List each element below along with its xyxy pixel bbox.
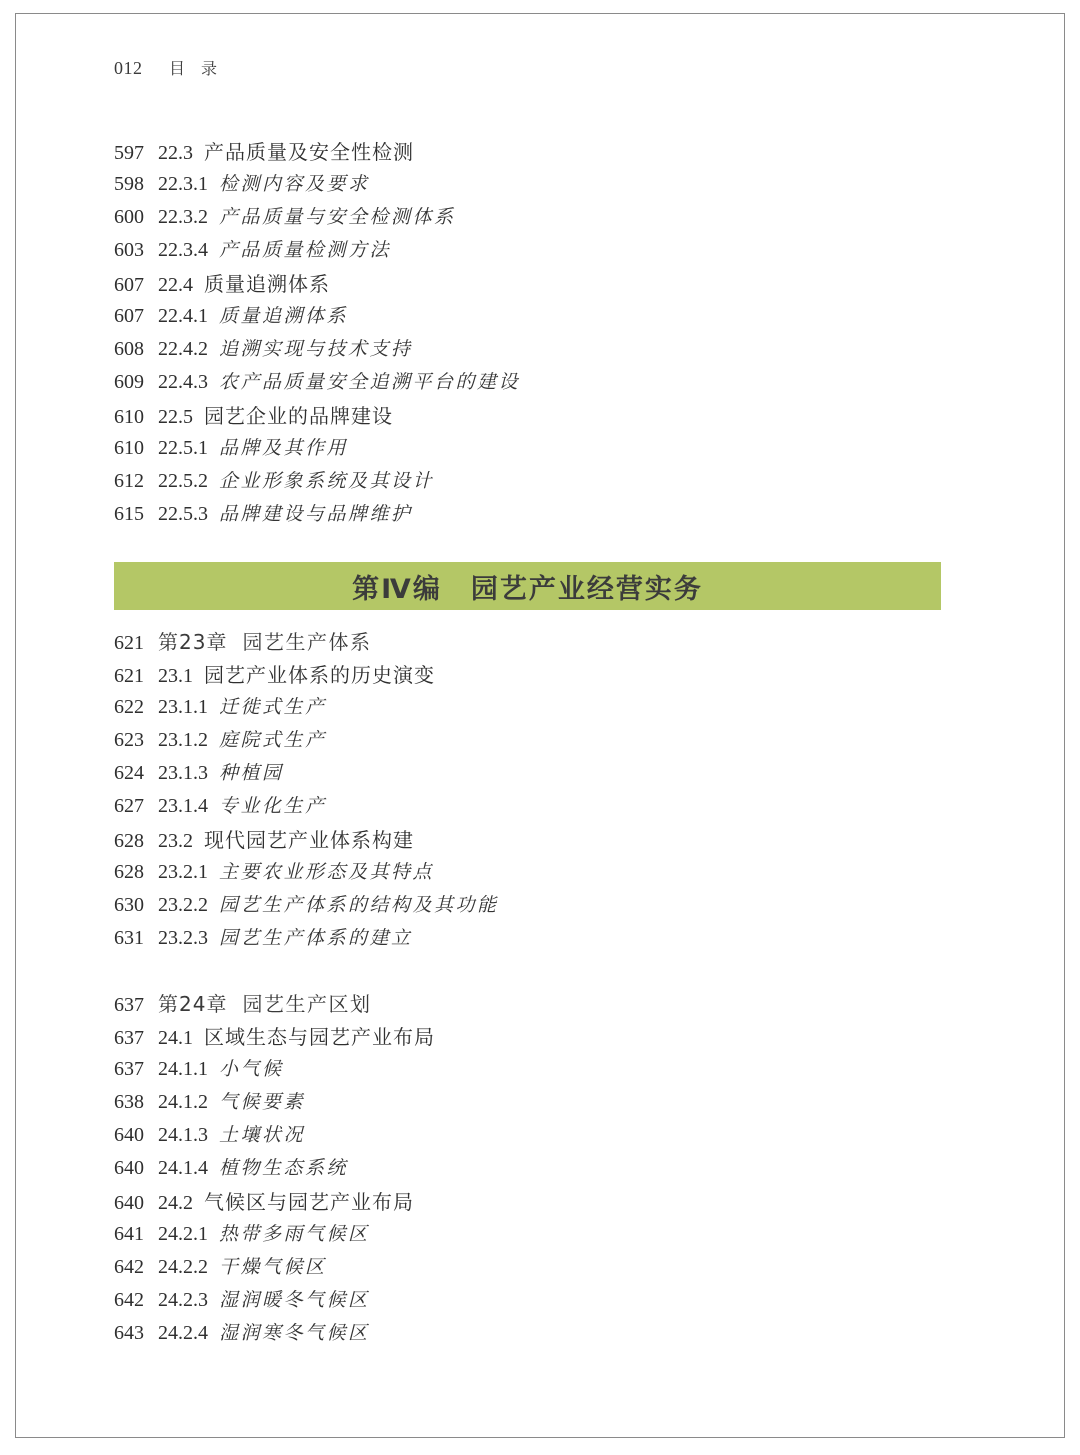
toc-entry-page-number: 640 — [114, 1157, 158, 1180]
toc-entry-page-number: 597 — [114, 142, 158, 165]
toc-entry-page-number: 610 — [114, 437, 158, 460]
toc-entry-section-number: 23.1.3 — [158, 762, 208, 785]
toc-entry-page-number: 615 — [114, 503, 158, 526]
toc-entry-section-number: 23.1.4 — [158, 795, 208, 818]
toc-entry-title: 质量追溯体系 — [204, 268, 330, 297]
toc-entry: 64224.2.3湿润暖冬气候区 — [114, 1285, 954, 1318]
toc-entry-section-number: 24.1.4 — [158, 1157, 208, 1180]
toc-entry-title: 园艺企业的品牌建设 — [204, 400, 393, 429]
toc-entry-page-number: 609 — [114, 371, 158, 394]
toc-entry-section-number: 24.1.3 — [158, 1124, 208, 1147]
toc-entry: 61522.5.3品牌建设与品牌维护 — [114, 499, 954, 532]
toc-entry: 62223.1.1迁徙式生产 — [114, 692, 954, 725]
part-banner: 第Ⅳ编 园艺产业经营实务 — [114, 562, 941, 610]
toc-entry-section-number: 22.4 — [158, 274, 193, 297]
header-title: 目 录 — [169, 56, 223, 79]
toc-entry-page-number: 637 — [114, 1058, 158, 1081]
toc-entry-title: 气候区与园艺产业布局 — [204, 1186, 414, 1215]
toc-entry: 60322.3.4产品质量检测方法 — [114, 235, 954, 268]
toc-entry-page-number: 623 — [114, 729, 158, 752]
toc-entry-title: 追溯实现与技术支持 — [219, 334, 413, 361]
toc-entry-title: 庭院式生产 — [219, 725, 327, 752]
toc-entry-page-number: 598 — [114, 173, 158, 196]
toc-entry-page-number: 638 — [114, 1091, 158, 1114]
toc-entry: 60822.4.2追溯实现与技术支持 — [114, 334, 954, 367]
toc-entry-title: 园艺生产体系 — [242, 626, 371, 655]
toc-entry-section-number: 24.2.3 — [158, 1289, 208, 1312]
toc-entry-section-number: 24.2.2 — [158, 1256, 208, 1279]
toc-entry-section-number: 22.5.1 — [158, 437, 208, 460]
toc-entry: 59722.3产品质量及安全性检测 — [114, 136, 954, 169]
toc-entry-section-number: 22.3.2 — [158, 206, 208, 229]
toc-entry-title: 湿润寒冬气候区 — [219, 1318, 370, 1345]
toc-entry-page-number: 630 — [114, 894, 158, 917]
toc-entry: 62823.2.1主要农业形态及其特点 — [114, 857, 954, 890]
toc-entry: 64024.1.4植物生态系统 — [114, 1153, 954, 1186]
toc-group-chapter-23: 621第23章园艺生产体系62123.1园艺产业体系的历史演变62223.1.1… — [114, 626, 954, 956]
toc-entry-page-number: 612 — [114, 470, 158, 493]
toc-group-chapter-24: 637第24章园艺生产区划63724.1区域生态与园艺产业布局63724.1.1… — [114, 988, 954, 1351]
toc-entry-title: 园艺生产体系的结构及其功能 — [219, 890, 499, 917]
toc-entry-title: 品牌建设与品牌维护 — [219, 499, 413, 526]
toc-entry-page-number: 610 — [114, 406, 158, 429]
toc-entry: 63724.1.1小气候 — [114, 1054, 954, 1087]
toc-entry: 62823.2现代园艺产业体系构建 — [114, 824, 954, 857]
toc-entry-title: 气候要素 — [219, 1087, 305, 1114]
toc-entry: 60722.4.1质量追溯体系 — [114, 301, 954, 334]
toc-entry: 621第23章园艺生产体系 — [114, 626, 954, 659]
page-content: 012 目 录 59722.3产品质量及安全性检测59822.3.1检测内容及要… — [114, 56, 954, 1351]
book-page: 012 目 录 59722.3产品质量及安全性检测59822.3.1检测内容及要… — [15, 13, 1065, 1438]
toc-entry-page-number: 637 — [114, 994, 158, 1017]
toc-entry-section-number: 24.2.4 — [158, 1322, 208, 1345]
toc-entry: 64024.1.3土壤状况 — [114, 1120, 954, 1153]
toc-entry: 62123.1园艺产业体系的历史演变 — [114, 659, 954, 692]
toc-entry: 59822.3.1检测内容及要求 — [114, 169, 954, 202]
toc-entry-title: 专业化生产 — [219, 791, 327, 818]
toc-entry: 61022.5.1品牌及其作用 — [114, 433, 954, 466]
toc-entry-title: 小气候 — [219, 1054, 284, 1081]
toc-entry-section-number: 23.1 — [158, 665, 193, 688]
toc-entry: 64124.2.1热带多雨气候区 — [114, 1219, 954, 1252]
toc-entry-page-number: 621 — [114, 665, 158, 688]
toc-entry: 60722.4质量追溯体系 — [114, 268, 954, 301]
toc-group-chapter-22: 59722.3产品质量及安全性检测59822.3.1检测内容及要求60022.3… — [114, 136, 954, 532]
page-header: 012 目 录 — [114, 56, 954, 78]
toc-entry-title: 检测内容及要求 — [219, 169, 370, 196]
toc-entry-section-number: 第23章 — [158, 626, 227, 655]
toc-entry-section-number: 22.5.2 — [158, 470, 208, 493]
toc-entry-page-number: 600 — [114, 206, 158, 229]
toc-entry-title: 迁徙式生产 — [219, 692, 327, 719]
toc-entry: 61022.5园艺企业的品牌建设 — [114, 400, 954, 433]
page-number: 012 — [114, 58, 169, 79]
toc-entry-title: 区域生态与园艺产业布局 — [204, 1021, 435, 1050]
toc-entry-page-number: 628 — [114, 861, 158, 884]
toc-entry-page-number: 640 — [114, 1124, 158, 1147]
toc-entry-page-number: 628 — [114, 830, 158, 853]
toc-entry-section-number: 22.3.1 — [158, 173, 208, 196]
toc-entry-title: 湿润暖冬气候区 — [219, 1285, 370, 1312]
toc-entry-section-number: 22.3 — [158, 142, 193, 165]
toc-entry-page-number: 624 — [114, 762, 158, 785]
toc-entry-section-number: 22.5.3 — [158, 503, 208, 526]
toc-entry-section-number: 24.1.2 — [158, 1091, 208, 1114]
part-banner-label: 第Ⅳ编 园艺产业经营实务 — [352, 567, 703, 606]
toc-entry-page-number: 622 — [114, 696, 158, 719]
toc-entry-title: 园艺产业体系的历史演变 — [204, 659, 435, 688]
toc-entry-title: 热带多雨气候区 — [219, 1219, 370, 1246]
toc-entry-title: 质量追溯体系 — [219, 301, 348, 328]
toc-entry: 64224.2.2干燥气候区 — [114, 1252, 954, 1285]
toc-entry: 62723.1.4专业化生产 — [114, 791, 954, 824]
toc-entry-section-number: 22.4.3 — [158, 371, 208, 394]
toc-entry-section-number: 23.1.2 — [158, 729, 208, 752]
toc-entry-section-number: 22.3.4 — [158, 239, 208, 262]
toc-entry-page-number: 643 — [114, 1322, 158, 1345]
toc-entry-page-number: 603 — [114, 239, 158, 262]
toc-entry-section-number: 24.2.1 — [158, 1223, 208, 1246]
toc-entry: 62423.1.3种植园 — [114, 758, 954, 791]
toc-entry: 63123.2.3园艺生产体系的建立 — [114, 923, 954, 956]
toc-entry-title: 农产品质量安全追溯平台的建设 — [219, 367, 520, 394]
toc-entry: 63724.1区域生态与园艺产业布局 — [114, 1021, 954, 1054]
toc-entry-section-number: 24.2 — [158, 1192, 193, 1215]
toc-entry-title: 产品质量及安全性检测 — [204, 136, 414, 165]
toc-entry-title: 种植园 — [219, 758, 284, 785]
toc-entry-page-number: 641 — [114, 1223, 158, 1246]
toc-entry-section-number: 24.1 — [158, 1027, 193, 1050]
toc-entry-section-number: 23.2.1 — [158, 861, 208, 884]
toc-entry-section-number: 24.1.1 — [158, 1058, 208, 1081]
toc-entry-page-number: 637 — [114, 1027, 158, 1050]
toc-entry: 64324.2.4湿润寒冬气候区 — [114, 1318, 954, 1351]
toc-entry-page-number: 631 — [114, 927, 158, 950]
toc-entry-page-number: 642 — [114, 1256, 158, 1279]
toc-entry-page-number: 640 — [114, 1192, 158, 1215]
toc-entry-section-number: 22.4.1 — [158, 305, 208, 328]
toc-entry-title: 现代园艺产业体系构建 — [204, 824, 414, 853]
toc-entry-section-number: 23.2.2 — [158, 894, 208, 917]
toc-entry: 61222.5.2企业形象系统及其设计 — [114, 466, 954, 499]
toc-entry: 62323.1.2庭院式生产 — [114, 725, 954, 758]
toc-entry-section-number: 23.2.3 — [158, 927, 208, 950]
toc-entry-title: 产品质量与安全检测体系 — [219, 202, 456, 229]
toc-entry-page-number: 627 — [114, 795, 158, 818]
toc-entry-section-number: 第24章 — [158, 988, 227, 1017]
toc-entry: 60922.4.3农产品质量安全追溯平台的建设 — [114, 367, 954, 400]
toc-entry-title: 园艺生产体系的建立 — [219, 923, 413, 950]
toc-entry-page-number: 621 — [114, 632, 158, 655]
toc-entry-page-number: 642 — [114, 1289, 158, 1312]
toc-entry-title: 品牌及其作用 — [219, 433, 348, 460]
toc-entry-title: 干燥气候区 — [219, 1252, 327, 1279]
toc-entry-section-number: 23.2 — [158, 830, 193, 853]
toc-entry-title: 植物生态系统 — [219, 1153, 348, 1180]
toc-entry: 60022.3.2产品质量与安全检测体系 — [114, 202, 954, 235]
toc-entry-title: 园艺生产区划 — [242, 988, 371, 1017]
toc-entry-page-number: 607 — [114, 305, 158, 328]
toc-entry-section-number: 22.4.2 — [158, 338, 208, 361]
toc-entry-title: 主要农业形态及其特点 — [219, 857, 434, 884]
toc-entry-title: 土壤状况 — [219, 1120, 305, 1147]
toc-entry-title: 企业形象系统及其设计 — [219, 466, 434, 493]
toc-entry-title: 产品质量检测方法 — [219, 235, 391, 262]
toc-entry: 637第24章园艺生产区划 — [114, 988, 954, 1021]
toc-entry-section-number: 22.5 — [158, 406, 193, 429]
toc-entry: 63824.1.2气候要素 — [114, 1087, 954, 1120]
toc-entry-page-number: 607 — [114, 274, 158, 297]
toc-entry: 63023.2.2园艺生产体系的结构及其功能 — [114, 890, 954, 923]
toc-entry: 64024.2气候区与园艺产业布局 — [114, 1186, 954, 1219]
toc-entry-section-number: 23.1.1 — [158, 696, 208, 719]
toc-entry-page-number: 608 — [114, 338, 158, 361]
